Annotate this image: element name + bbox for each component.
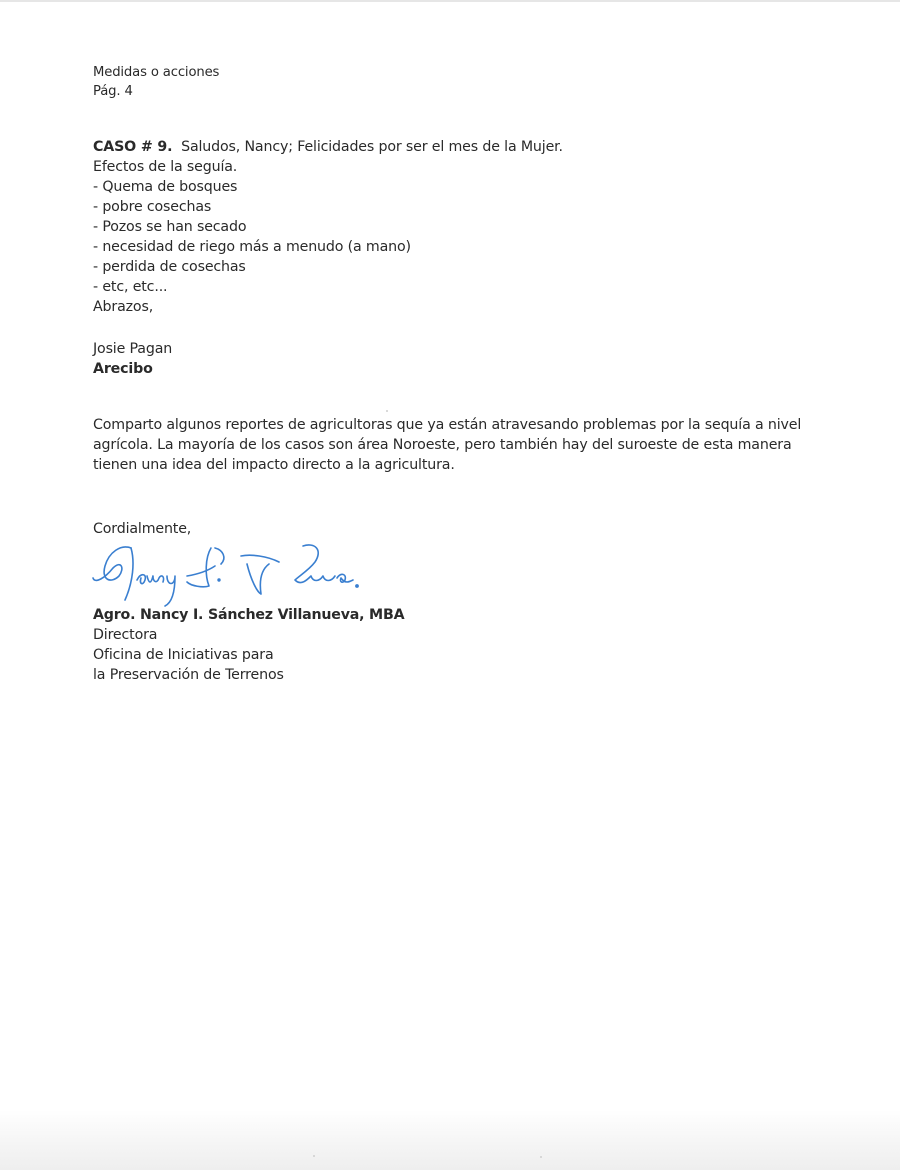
case-label: CASO # 9. [93,139,172,155]
case-heading: CASO # 9. Saludos, Nancy; Felicidades po… [93,137,563,157]
case-sender: Josie Pagan Arecibo [93,339,172,379]
signer-title: Directora [93,625,404,645]
handwritten-signature [91,540,361,610]
signature-block: Agro. Nancy I. Sánchez Villanueva, MBA D… [93,605,404,685]
header-title: Medidas o acciones [93,63,219,82]
effect-item: - Pozos se han secado [93,217,563,237]
scan-speck [540,1156,542,1158]
closing-salutation: Cordialmente, [93,519,191,539]
effect-item: - necesidad de riego más a menudo (a man… [93,237,563,257]
effect-item: - Quema de bosques [93,177,563,197]
case-subtitle: Efectos de la seguía. [93,157,563,177]
scan-speck [313,1155,315,1157]
case-greeting: Saludos, Nancy; Felicidades por ser el m… [181,139,563,155]
page-number: Pág. 4 [93,82,219,101]
sender-location: Arecibo [93,359,172,379]
effects-list: - Quema de bosques - pobre cosechas - Po… [93,177,563,297]
office-line-2: la Preservación de Terrenos [93,665,404,685]
intro-paragraph: Comparto algunos reportes de agricultora… [93,415,833,475]
signer-name: Agro. Nancy I. Sánchez Villanueva, MBA [93,605,404,625]
page-header: Medidas o acciones Pág. 4 [93,63,219,101]
case-entry: CASO # 9. Saludos, Nancy; Felicidades po… [93,137,563,317]
effect-item: - perdida de cosechas [93,257,563,277]
effect-item: - etc, etc... [93,277,563,297]
sender-name: Josie Pagan [93,339,172,359]
case-farewell: Abrazos, [93,297,563,317]
effect-item: - pobre cosechas [93,197,563,217]
office-line-1: Oficina de Iniciativas para [93,645,404,665]
page-top-edge [0,0,900,2]
scan-speck [386,410,388,412]
